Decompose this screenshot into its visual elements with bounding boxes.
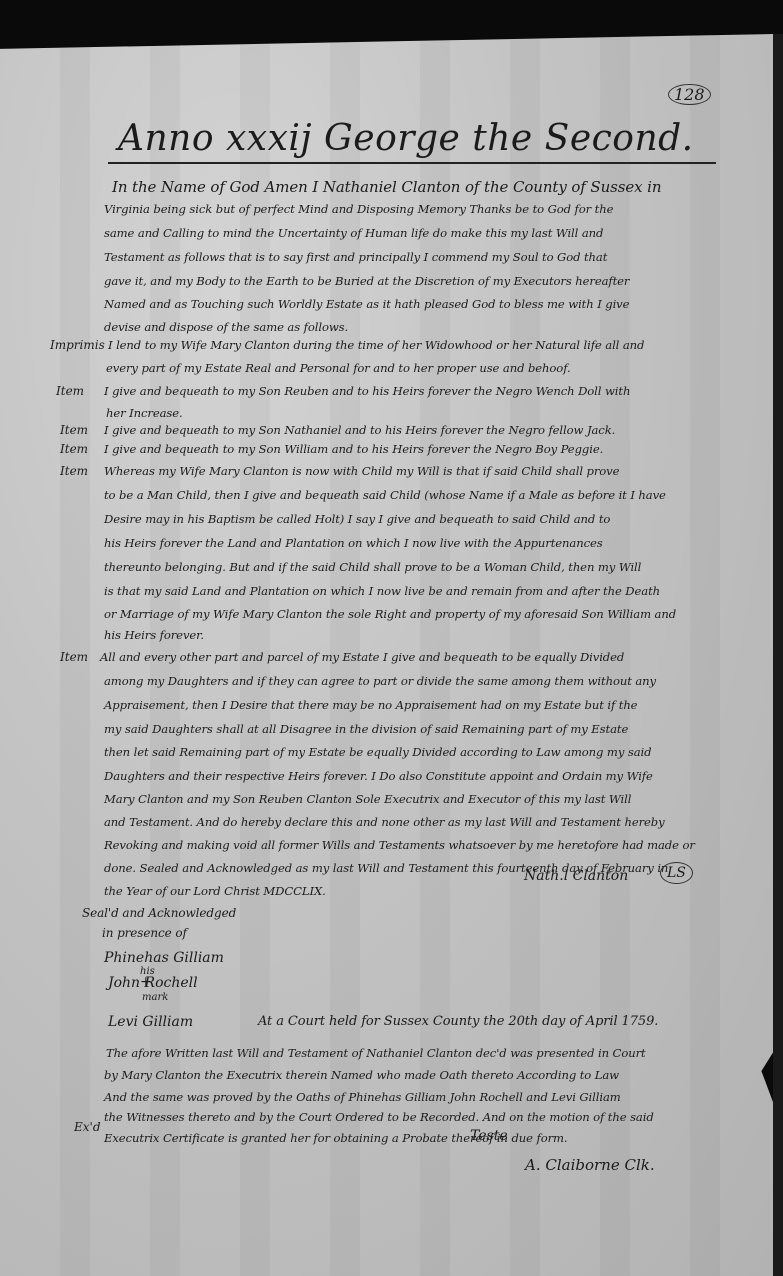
item-line: I give and bequeath to my Son Nathaniel … xyxy=(104,423,615,437)
item-line: to be a Man Child, then I give and beque… xyxy=(104,488,666,502)
page-number: 128 xyxy=(668,84,711,105)
preamble-line: Named and as Touching such Worldly Estat… xyxy=(104,297,629,311)
item-label: Item xyxy=(60,464,88,478)
item-line: I give and bequeath to my Son William an… xyxy=(104,442,603,456)
item-line: her Increase. xyxy=(106,406,183,420)
testator-signature: Nath.l Clanton xyxy=(524,868,628,884)
item-label: Item xyxy=(56,384,84,398)
item-label: Item xyxy=(60,442,88,456)
preamble-line: same and Calling to mind the Uncertainty… xyxy=(104,226,603,240)
mark-label: mark xyxy=(142,992,168,1003)
item-line: All and every other part and parcel of m… xyxy=(100,650,624,664)
seal: LS xyxy=(660,862,693,884)
attestation-line: Seal'd and Acknowledged xyxy=(82,906,236,920)
preamble-line: In the Name of God Amen I Nathaniel Clan… xyxy=(112,178,661,196)
item-line: is that my said Land and Plantation on w… xyxy=(104,584,660,598)
court-line: And the same was proved by the Oaths of … xyxy=(104,1090,621,1104)
item-label: Item xyxy=(60,423,88,437)
court-line: the Witnesses thereto and by the Court O… xyxy=(104,1110,654,1124)
item-label: Imprimis xyxy=(50,338,105,352)
item-line: and Testament. And do hereby declare thi… xyxy=(104,815,665,829)
clerk-signature: A. Claiborne Clk. xyxy=(525,1156,655,1174)
mark-symbol: + xyxy=(140,974,152,990)
item-line: my said Daughters shall at all Disagree … xyxy=(104,722,628,736)
item-line: his Heirs forever. xyxy=(104,628,204,642)
heading-rule xyxy=(108,162,716,164)
item-label: Item xyxy=(60,650,88,664)
attestation-line: in presence of xyxy=(102,926,187,940)
item-line: I give and bequeath to my Son Reuben and… xyxy=(104,384,630,398)
court-line: by Mary Clanton the Executrix therein Na… xyxy=(104,1068,619,1082)
item-line: every part of my Estate Real and Persona… xyxy=(106,361,571,375)
item-line: his Heirs forever the Land and Plantatio… xyxy=(104,536,603,550)
item-line: I lend to my Wife Mary Clanton during th… xyxy=(108,338,644,352)
preamble-line: gave it, and my Body to the Earth to be … xyxy=(104,274,629,288)
preamble-line: Virginia being sick but of perfect Mind … xyxy=(104,202,613,216)
page-edge-shadow xyxy=(773,34,783,1276)
item-line: then let said Remaining part of my Estat… xyxy=(104,745,651,759)
item-line: Desire may in his Baptism be called Holt… xyxy=(104,512,610,526)
margin-note: Ex'd xyxy=(74,1120,101,1134)
witness-signature: Phinehas Gilliam xyxy=(104,950,224,966)
item-line: Appraisement, then I Desire that there m… xyxy=(104,698,637,712)
court-heading: At a Court held for Sussex County the 20… xyxy=(258,1014,658,1029)
document-heading: Anno xxxij George the Second. xyxy=(118,118,694,159)
preamble-line: Testament as follows that is to say firs… xyxy=(104,250,607,264)
item-line: among my Daughters and if they can agree… xyxy=(104,674,656,688)
court-line: The afore Written last Will and Testamen… xyxy=(106,1046,646,1060)
item-line: Daughters and their respective Heirs for… xyxy=(104,769,653,783)
item-line: Revoking and making void all former Will… xyxy=(104,838,695,852)
witness-signature: Levi Gilliam xyxy=(108,1014,193,1030)
teste-label: Teste xyxy=(470,1128,508,1144)
item-line: Mary Clanton and my Son Reuben Clanton S… xyxy=(104,792,631,806)
preamble-line: devise and dispose of the same as follow… xyxy=(104,320,348,334)
item-line: Whereas my Wife Mary Clanton is now with… xyxy=(104,464,619,478)
item-line: or Marriage of my Wife Mary Clanton the … xyxy=(104,607,676,621)
item-line: thereunto belonging. But and if the said… xyxy=(104,560,641,574)
witness-signature: John Rochell xyxy=(108,975,198,991)
item-line: the Year of our Lord Christ MDCCLIX. xyxy=(104,884,326,898)
